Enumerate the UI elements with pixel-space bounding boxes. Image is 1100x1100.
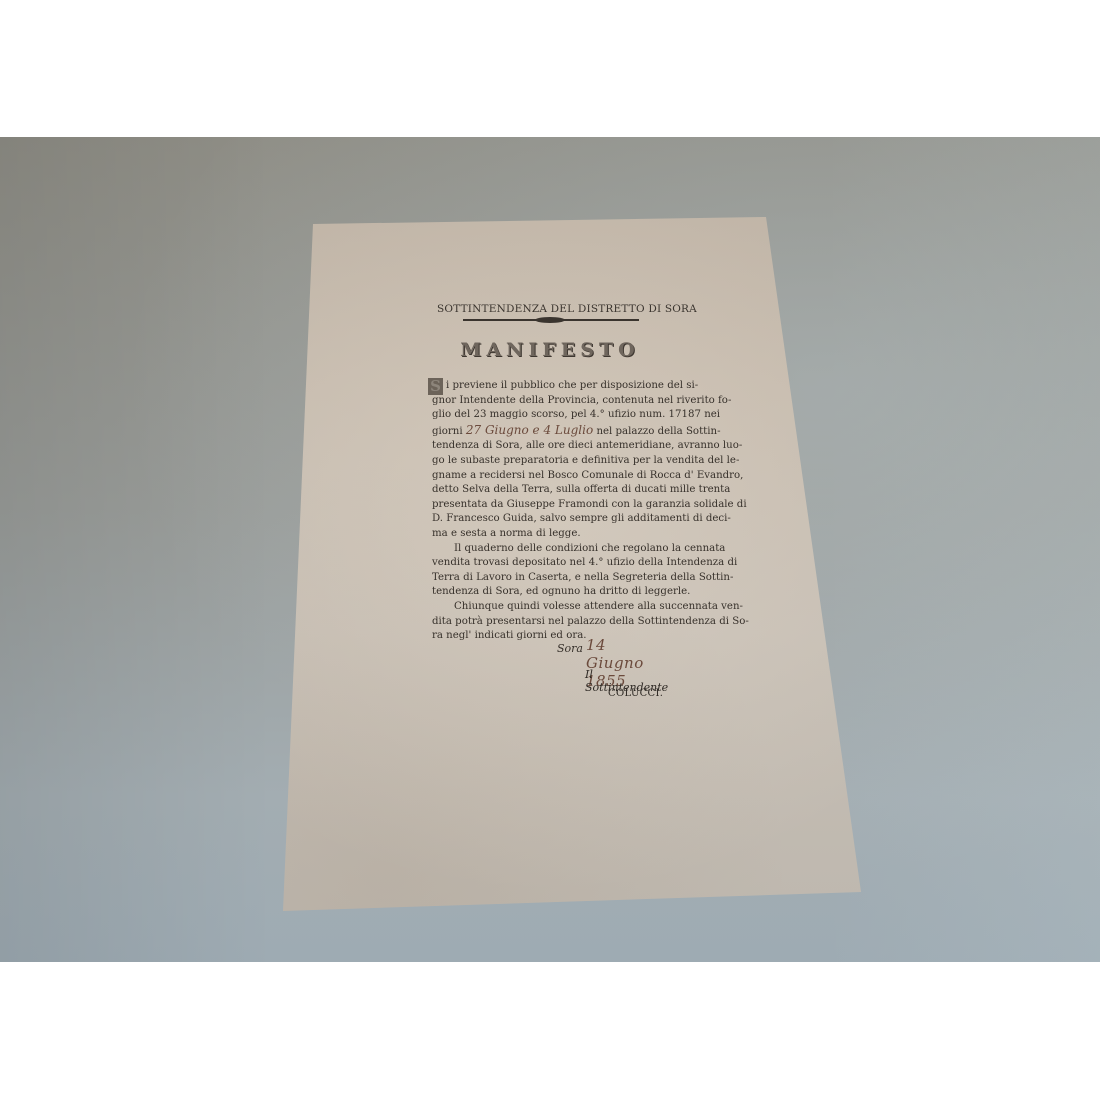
text-line: ma e sesta a norma di legge. bbox=[432, 527, 696, 542]
signoff-place: Sora bbox=[557, 642, 583, 655]
text-line: vendita trovasi depositato nel 4.° ufizi… bbox=[432, 556, 696, 571]
document-header: SOTTINTENDENZA DEL DISTRETTO DI SORA bbox=[437, 303, 673, 315]
text-line: Terra di Lavoro in Caserta, e nella Segr… bbox=[432, 571, 696, 586]
paragraph-1: i previene il pubblico che per disposizi… bbox=[432, 379, 696, 542]
signer-name: COLUCCI. bbox=[608, 688, 663, 699]
text-line: detto Selva della Terra, sulla offerta d… bbox=[432, 483, 696, 498]
text-line: i previene il pubblico che per disposizi… bbox=[432, 379, 696, 394]
rule-ornament-icon bbox=[535, 317, 565, 323]
text-line: go le subaste preparatoria e definitiva … bbox=[432, 454, 696, 469]
text-line: tendenza di Sora, ed ognuno ha dritto di… bbox=[432, 585, 696, 600]
text-line: glio del 23 maggio scorso, pel 4.° ufizi… bbox=[432, 408, 696, 423]
text-line: dita potrà presentarsi nel palazzo della… bbox=[432, 615, 696, 630]
text-segment: giorni bbox=[432, 426, 463, 437]
document-title: MANIFESTO bbox=[450, 339, 650, 361]
text-line: Chiunque quindi volesse attendere alla s… bbox=[432, 600, 696, 615]
text-line: D. Francesco Guida, salvo sempre gli add… bbox=[432, 512, 696, 527]
text-line: tendenza di Sora, alle ore dieci antemer… bbox=[432, 439, 696, 454]
text-line: Il quaderno delle condizioni che regolan… bbox=[432, 542, 696, 557]
text-segment: nel palazzo della Sottin- bbox=[596, 426, 720, 437]
paragraph-2: Il quaderno delle condizioni che regolan… bbox=[432, 542, 696, 600]
text-line: giorni 27 Giugno e 4 Luglio nel palazzo … bbox=[432, 423, 696, 440]
text-line: presentata da Giuseppe Framondi con la g… bbox=[432, 498, 696, 513]
document-body: i previene il pubblico che per disposizi… bbox=[432, 379, 696, 644]
paragraph-3: Chiunque quindi volesse attendere alla s… bbox=[432, 600, 696, 644]
text-segment: glio del 23 maggio scorso, pel 4.° ufizi… bbox=[432, 409, 720, 420]
text-line: gname a recidersi nel Bosco Comunale di … bbox=[432, 469, 696, 484]
text-line: gnor Intendente della Provincia, contenu… bbox=[432, 394, 696, 409]
handwritten-days: 27 Giugno e 4 Luglio bbox=[466, 423, 593, 437]
